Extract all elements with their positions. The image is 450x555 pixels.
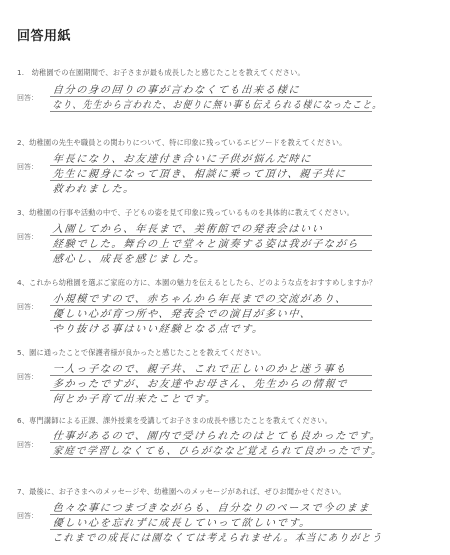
handwritten-text: 感心し、成長を感じました。	[52, 250, 207, 265]
answer-label-6: 回答：	[17, 440, 38, 450]
handwritten-text: 多かったですが、お友達やお母さん、先生からの情報で	[52, 375, 349, 390]
question-1: 1. 幼稚園での在園期間で、お子さまが最も成長したと感じたことを教えてください。	[17, 68, 305, 78]
handwritten-text: なり、先生から言われた、お便りに無い事も伝えられる様になったこと。	[52, 96, 383, 111]
answer-label-7: 回答：	[17, 511, 38, 521]
handwritten-text: 自分の身の回りの事が言わなくても出来る様に	[52, 81, 301, 96]
answer-line: 救われました。	[50, 181, 372, 195]
answer-3: 入園してから、年長まで、美術館での発表会はいい 経験でした。舞台の上で堂々と演奏…	[50, 221, 385, 265]
answer-5: 一人っ子なので、親子共、これで正しいのかと迷う事も 多かったですが、お友達やお母…	[50, 361, 385, 405]
question-2: 2、幼稚園の先生や職員との関わりについて、特に印象に残っているエピソードを教えて…	[17, 138, 347, 148]
handwritten-text: 小規模ですので、赤ちゃんから年長までの交流があり、	[52, 290, 348, 305]
answer-line: 家庭で学習しなくても、ひらがななど覚えられて良かったです。	[50, 443, 372, 458]
handwritten-text: 優しい心を忘れずに成長していって欲しいです。	[52, 514, 312, 529]
answer-line: 自分の身の回りの事が言わなくても出来る様に	[50, 82, 372, 97]
answer-line: 多かったですが、お友達やお母さん、先生からの情報で	[50, 376, 372, 391]
answer-label-2: 回答：	[17, 162, 38, 172]
answer-line: これまでの成長には園なくては考えられません。本当にありがとう	[50, 530, 372, 544]
handwritten-text: 救われました。	[52, 180, 136, 195]
question-3: 3、幼稚園の行事や活動の中で、子どもの姿を見て印象に残っているものを具体的に教え…	[17, 208, 354, 218]
question-5: 5、園に通ったことで保護者様が良かったと感じたことを教えてください。	[17, 348, 266, 358]
answer-line: 小規模ですので、赤ちゃんから年長までの交流があり、	[50, 291, 372, 306]
question-4: 4、これから幼稚園を選ぶご家庭の方に、本園の魅力を伝えるとしたら、どのような点を…	[17, 278, 376, 288]
page-title: 回答用紙	[17, 25, 71, 44]
answer-label-5: 回答：	[17, 372, 38, 382]
handwritten-text: 色々な事につまづきながらも、自分なりのペースで今のまま	[52, 499, 371, 514]
answer-line: 先生に親身になって頂き、相談に乗って頂け、親子共に	[50, 166, 372, 181]
answer-line: 一人っ子なので、親子共、これで正しいのかと迷う事も	[50, 361, 372, 376]
answer-line: 何とか子育て出来たことです。	[50, 391, 372, 405]
handwritten-text: 何とか子育て出来たことです。	[52, 390, 218, 405]
answer-line: なり、先生から言われた、お便りに無い事も伝えられる様になったこと。	[50, 97, 372, 112]
handwritten-text: 年長になり、お友達付き合いに子供が悩んだ時に	[52, 150, 313, 165]
answer-7: 色々な事につまづきながらも、自分なりのペースで今のまま 優しい心を忘れずに成長し…	[50, 500, 385, 544]
handwritten-text: 経験でした。舞台の上で堂々と演奏する姿は我が子ながら	[52, 235, 360, 250]
answer-line: 感心し、成長を感じました。	[50, 251, 372, 265]
answer-label-3: 回答：	[17, 232, 38, 242]
handwritten-text: 家庭で学習しなくても、ひらがななど覚えられて良かったです。	[52, 442, 384, 457]
handwritten-text: やり抜ける事はいい経験となる点です。	[52, 320, 265, 335]
handwritten-text: 一人っ子なので、親子共、これで正しいのかと迷う事も	[52, 360, 348, 375]
handwritten-text: 優しい心が育つ所や、発表会での演目が多い中、	[52, 305, 313, 320]
answer-line: 優しい心が育つ所や、発表会での演目が多い中、	[50, 306, 372, 321]
question-6: 6、専門講師による正課、課外授業を受講してお子さまの成長や感じたことを教えてくだ…	[17, 416, 332, 426]
handwritten-text: 先生に親身になって頂き、相談に乗って頂け、親子共に	[52, 165, 347, 180]
answer-4: 小規模ですので、赤ちゃんから年長までの交流があり、 優しい心が育つ所や、発表会で…	[50, 291, 385, 335]
answer-line: 仕事があるので、園内で受けられたのはとても良かったです。	[50, 428, 372, 443]
answer-line: 色々な事につまづきながらも、自分なりのペースで今のまま	[50, 500, 372, 515]
answer-line: 経験でした。舞台の上で堂々と演奏する姿は我が子ながら	[50, 236, 372, 251]
handwritten-text: 入園してから、年長まで、美術館での発表会はいい	[52, 220, 324, 235]
answer-label-4: 回答：	[17, 302, 38, 312]
answer-6: 仕事があるので、園内で受けられたのはとても良かったです。 家庭で学習しなくても、…	[50, 428, 385, 458]
answer-line: やり抜ける事はいい経験となる点です。	[50, 321, 372, 335]
handwritten-text: 仕事があるので、園内で受けられたのはとても良かったです。	[52, 427, 383, 442]
handwritten-text: これまでの成長には園なくては考えられません。本当にありがとう	[52, 529, 384, 544]
answer-2: 年長になり、お友達付き合いに子供が悩んだ時に 先生に親身になって頂き、相談に乗っ…	[50, 151, 385, 195]
answer-label-1: 回答：	[17, 93, 38, 103]
answer-line: 年長になり、お友達付き合いに子供が悩んだ時に	[50, 151, 372, 166]
question-7: 7、最後に、お子さまへのメッセージや、幼稚園へのメッセージがあれば、ぜひお聞かせ…	[17, 487, 346, 497]
answer-line: 優しい心を忘れずに成長していって欲しいです。	[50, 515, 372, 530]
answer-line: 入園してから、年長まで、美術館での発表会はいい	[50, 221, 372, 236]
answer-1: 自分の身の回りの事が言わなくても出来る様に なり、先生から言われた、お便りに無い…	[50, 82, 385, 112]
